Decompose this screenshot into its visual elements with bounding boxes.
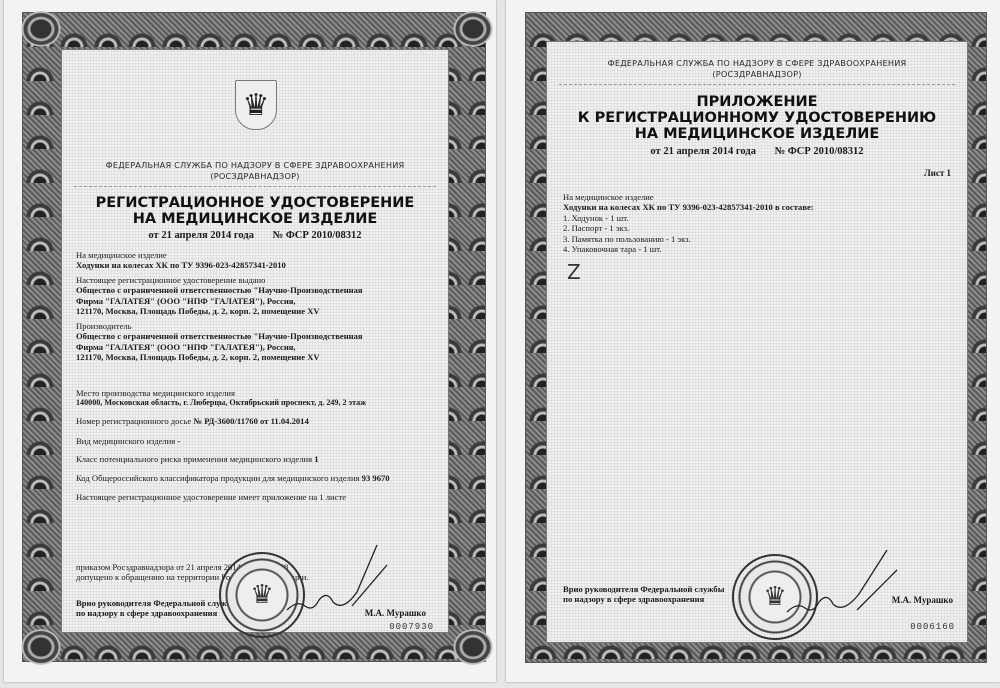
corner-ornament-icon [451,9,495,49]
device-type-line: Вид медицинского изделия - [62,436,448,446]
document-title: РЕГИСТРАЦИОННОЕ УДОСТОВЕРЕНИЕ НА МЕДИЦИН… [62,195,448,227]
device-section: На медицинское изделие Ходунки на колеса… [62,250,448,271]
divider [74,186,436,187]
device-composition: На медицинское изделие Ходунки на колеса… [547,192,967,254]
dossier-line: Номер регистрационного досье № РД-3600/1… [62,416,448,426]
date-number-line: от 21 апреля 2014 года № ФСР 2010/08312 [547,146,967,157]
signature-icon [777,542,907,622]
sheet-number: Лист 1 [924,168,951,178]
annex-body: ФЕДЕРАЛЬНАЯ СЛУЖБА ПО НАДЗОРУ В СФЕРЕ ЗД… [546,41,968,643]
annex-note: Настоящее регистрационное удостоверение … [62,492,448,502]
list-item: 4. Упаковочная тара - 1 шт. [563,244,961,254]
corner-ornament-icon [19,627,63,667]
signature-icon [282,540,392,620]
date-number-line: от 21 апреля 2014 года № ФСР 2010/08312 [62,230,448,241]
ornamental-border: ♛ ФЕДЕРАЛЬНАЯ СЛУЖБА ПО НАДЗОРУ В СФЕРЕ … [22,12,486,662]
issue-date: от 21 апреля 2014 года [650,146,756,157]
device-name: Ходунки на колесах ХК по ТУ 9396-023-428… [563,202,961,212]
serial-number: 0006160 [910,622,955,632]
issue-date: от 21 апреля 2014 года [148,230,254,241]
list-item: 1. Ходунок - 1 шт. [563,213,961,223]
corner-ornament-icon [451,627,495,667]
coat-of-arms-icon: ♛ [235,80,277,130]
corner-ornament-icon [19,9,63,49]
serial-number: 0007930 [389,622,434,632]
issued-to-section: Настоящее регистрационное удостоверение … [62,275,448,317]
certificate-body: ♛ ФЕДЕРАЛЬНАЯ СЛУЖБА ПО НАДЗОРУ В СФЕРЕ … [61,49,449,633]
device-name: Ходунки на колесах ХК по ТУ 9396-023-428… [76,260,442,270]
agency-header: ФЕДЕРАЛЬНАЯ СЛУЖБА ПО НАДЗОРУ В СФЕРЕ ЗД… [547,58,967,80]
agency-header: ФЕДЕРАЛЬНАЯ СЛУЖБА ПО НАДЗОРУ В СФЕРЕ ЗД… [62,160,448,182]
certificate-page: ♛ ФЕДЕРАЛЬНАЯ СЛУЖБА ПО НАДЗОРУ В СФЕРЕ … [4,0,496,682]
okp-code-line: Код Общероссийского классификатора проду… [62,473,448,483]
list-item: 2. Паспорт - 1 экз. [563,223,961,233]
certificate-number: № ФСР 2010/08312 [273,230,362,241]
list-item: 3. Памятка по пользованию - 1 экз. [563,234,961,244]
manufacturer-section: Производитель Общество с ограниченной от… [62,321,448,363]
ornamental-border: ФЕДЕРАЛЬНАЯ СЛУЖБА ПО НАДЗОРУ В СФЕРЕ ЗД… [525,12,987,663]
certificate-number: № ФСР 2010/08312 [775,146,864,157]
z-mark: Z [567,260,581,284]
risk-class-line: Класс потенциального риска применения ме… [62,454,448,464]
annex-page: ФЕДЕРАЛЬНАЯ СЛУЖБА ПО НАДЗОРУ В СФЕРЕ ЗД… [506,0,1000,682]
annex-title: ПРИЛОЖЕНИЕ К РЕГИСТРАЦИОННОМУ УДОСТОВЕРЕ… [547,94,967,142]
divider [559,84,955,85]
production-site-section: Место производства медицинского изделия … [62,388,448,409]
